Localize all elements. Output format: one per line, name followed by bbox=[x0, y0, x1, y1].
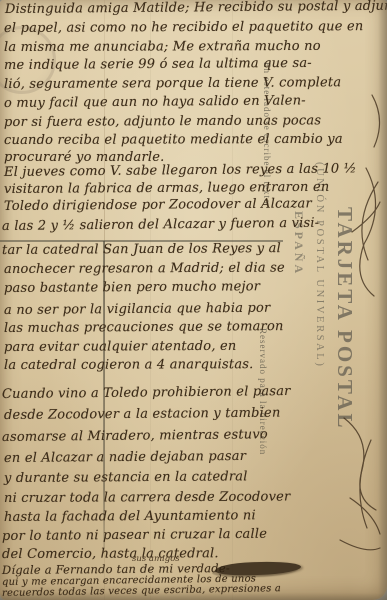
manuscript-line: del Comercio, hasta la catedral. bbox=[2, 546, 219, 562]
manuscript-line: desde Zocodover a la estacion y tambien bbox=[4, 406, 281, 423]
manuscript-line: me indique la serie 99 ó sea la ultima q… bbox=[4, 56, 312, 73]
manuscript-line: cuando reciba el paquetito mediante el c… bbox=[4, 132, 343, 148]
card-right-edge-shadow bbox=[378, 0, 387, 600]
card-bottom-edge-shadow bbox=[0, 593, 387, 600]
manuscript-line: a no ser por la vigilancia que habia por bbox=[4, 301, 271, 318]
manuscript-line: anochecer regresaron a Madrid; el dia se bbox=[4, 261, 285, 277]
manuscript-line: paso bastante bien pero mucho mejor bbox=[4, 279, 260, 296]
manuscript-line: y durante su estancia en la catedral bbox=[4, 469, 248, 486]
manuscript-line: hasta la fachada del Ayuntamiento ni bbox=[4, 508, 256, 525]
manuscript-line: lió, seguramente sera porque la tiene V.… bbox=[4, 75, 341, 92]
manuscript-line: las muchas precauciones que se tomaron bbox=[4, 319, 284, 336]
manuscript-line: Toledo dirigiendose por Zocodover al Alc… bbox=[4, 196, 312, 214]
manuscript-line: ni cruzar toda la carrera desde Zocodove… bbox=[4, 490, 291, 506]
manuscript-line: la catedral cogieron a 4 anarquistas. bbox=[4, 357, 254, 373]
manuscript-line: asomarse al Miradero, mientras estuvo bbox=[2, 427, 268, 445]
manuscript-line: a las 2 y ½ salieron del Alcazar y fuero… bbox=[2, 216, 319, 234]
manuscript-line: para evitar cualquier atentado, en bbox=[4, 339, 237, 355]
manuscript-line: o muy facil que aun no haya salido en Va… bbox=[4, 93, 306, 111]
printed-tarjeta-postal-title: TARJETA POSTAL bbox=[332, 207, 357, 430]
manuscript-line: El jueves como V. sabe llegaron los reye… bbox=[4, 161, 357, 180]
manuscript-line: Distinguida amiga Matilde; He recibido s… bbox=[5, 0, 387, 17]
manuscript-line: Cuando vino a Toledo prohibieron el pasa… bbox=[2, 384, 291, 402]
manuscript-line: la misma me anunciaba; Me extraña mucho … bbox=[4, 39, 321, 55]
interlinear-insertion: sus amigos bbox=[132, 554, 180, 564]
manuscript-line: visitaron la fabrica de armas, luego ent… bbox=[4, 180, 330, 197]
manuscript-line: por lo tanto ni pasear ni cruzar la call… bbox=[2, 527, 267, 544]
manuscript-line: el papel, asi como no he recibido el paq… bbox=[4, 19, 364, 36]
manuscript-line: tar la catedral San Juan de los Reyes y … bbox=[2, 241, 281, 258]
manuscript-line: en el Alcazar a nadie dejaban pasar bbox=[4, 449, 246, 466]
postcard-paper: En este lado se escribe el texto Reserva… bbox=[0, 0, 387, 600]
manuscript-line: por si fuera esto, adjunto le mando unas… bbox=[4, 113, 321, 130]
scanned-postcard: { "postcard": { "paper_color": "#d9c7a2"… bbox=[0, 0, 387, 600]
